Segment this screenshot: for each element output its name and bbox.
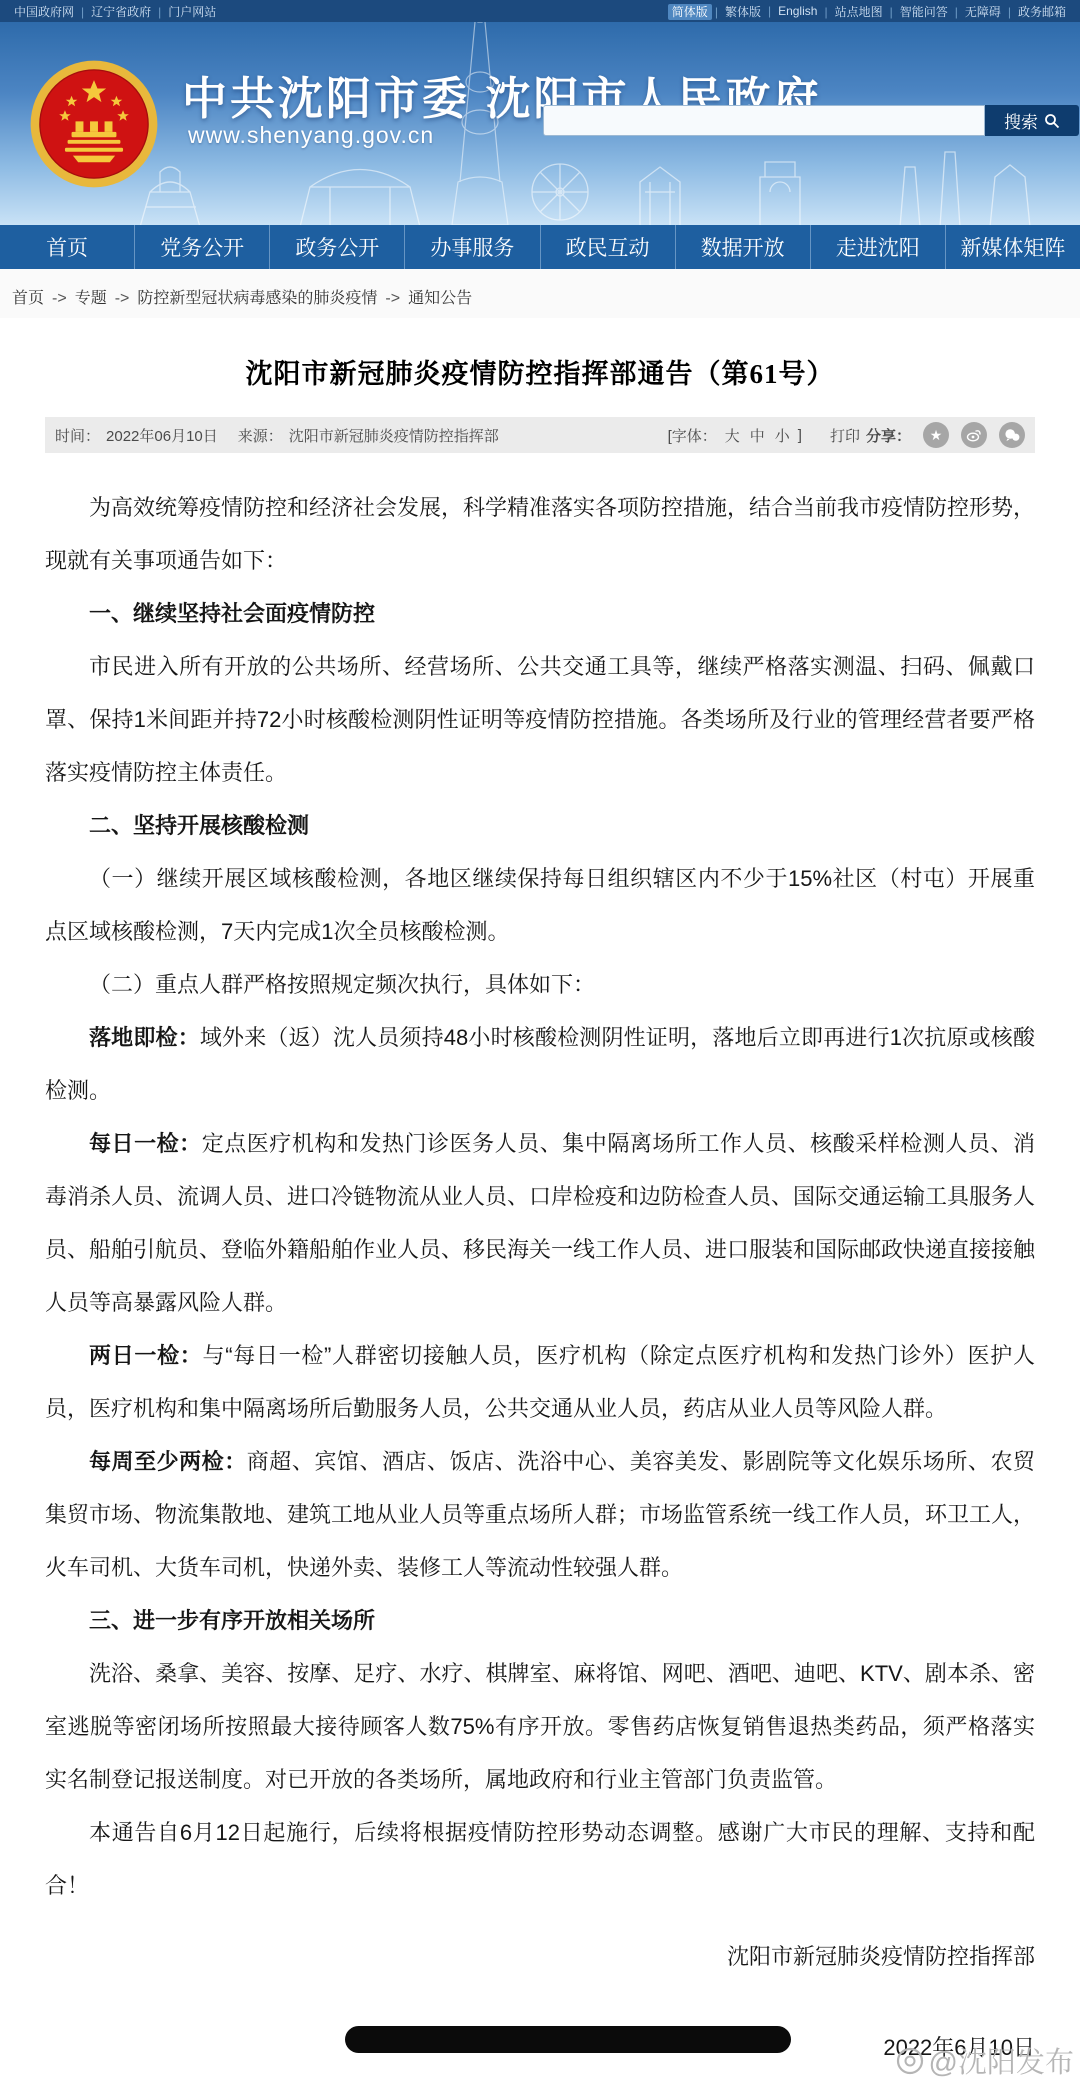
- paragraph-lead: 两日一检：: [89, 1343, 203, 1368]
- time-value: 2022年06月10日: [106, 425, 218, 446]
- topbar-link-政务邮箱[interactable]: 政务邮箱: [1014, 4, 1070, 20]
- share-qzone-star-icon[interactable]: ★: [923, 422, 949, 448]
- article-paragraph: 市民进入所有开放的公共场所、经营场所、公共交通工具等，继续严格落实测温、扫码、佩…: [45, 640, 1035, 799]
- separator: |: [955, 5, 958, 19]
- meta-right: [字体： 大 中 小 ] 打印 分享： ★: [668, 422, 1025, 448]
- topbar-left-item: |门户网站: [155, 3, 220, 20]
- article-body: 为高效统筹疫情防控和经济社会发展，科学精准落实各项防控措施，结合当前我市疫情防控…: [45, 481, 1035, 1912]
- article-paragraph: （一）继续开展区域核酸检测，各地区继续保持每日组织辖区内不少于15%社区（村屯）…: [45, 852, 1035, 958]
- paragraph-lead: 每周至少两检：: [89, 1449, 247, 1474]
- article-paragraph: 为高效统筹疫情防控和经济社会发展，科学精准落实各项防控措施，结合当前我市疫情防控…: [45, 481, 1035, 587]
- share-weibo-icon[interactable]: [961, 422, 987, 448]
- article-paragraph: 落地即检：域外来（返）沈人员须持48小时核酸检测阴性证明，落地后立即再进行1次抗…: [45, 1011, 1035, 1117]
- breadcrumb-link-首页[interactable]: 首页: [12, 290, 44, 307]
- article-paragraph: 每周至少两检：商超、宾馆、酒店、饭店、洗浴中心、美容美发、影剧院等文化娱乐场所、…: [45, 1435, 1035, 1594]
- nav-item-数据开放[interactable]: 数据开放: [676, 225, 811, 269]
- paragraph-lead: 每日一检：: [89, 1131, 202, 1156]
- section-heading: 三、进一步有序开放相关场所: [45, 1594, 1035, 1647]
- font-size-large[interactable]: 大: [725, 425, 740, 446]
- topbar-link-站点地图[interactable]: 站点地图: [831, 4, 887, 20]
- font-size-open: [字体：: [668, 425, 717, 446]
- nav-item-党务公开[interactable]: 党务公开: [135, 225, 270, 269]
- topbar-right-item: |智能问答: [887, 3, 952, 20]
- breadcrumb: 首页专题防控新型冠状病毒感染的肺炎疫情通知公告: [0, 269, 1080, 318]
- breadcrumb-link-专题[interactable]: 专题: [44, 290, 107, 307]
- watermark-logo-icon: [895, 2046, 925, 2076]
- page: 中国政府网|辽宁省政府|门户网站 简体版|繁体版|English|站点地图|智能…: [0, 0, 1080, 2086]
- separator: |: [824, 5, 827, 19]
- separator: |: [158, 5, 161, 19]
- topbar-right-item: |English: [765, 4, 821, 18]
- search-icon: [1044, 113, 1060, 129]
- topbar-link-English[interactable]: English: [774, 3, 821, 19]
- separator: |: [715, 5, 718, 19]
- share-wechat-icon[interactable]: [999, 422, 1025, 448]
- paragraph-lead: 落地即检：: [89, 1025, 200, 1050]
- topbar-right-item: |繁体版: [712, 3, 765, 20]
- site-header: 中共沈阳市委 沈阳市人民政府 www.shenyang.gov.cn 搜索: [0, 22, 1080, 225]
- watermark: @沈阳发布: [895, 2040, 1074, 2081]
- topbar-left-item: 中国政府网: [10, 3, 78, 20]
- search-input[interactable]: [543, 105, 985, 136]
- article-paragraph: 每日一检：定点医疗机构和发热门诊医务人员、集中隔离场所工作人员、核酸采样检测人员…: [45, 1117, 1035, 1329]
- time-label: 时间：: [55, 425, 100, 446]
- article-paragraph: 洗浴、桑拿、美容、按摩、足疗、水疗、棋牌室、麻将馆、网吧、酒吧、迪吧、KTV、剧…: [45, 1647, 1035, 1806]
- topbar-left-item: |辽宁省政府: [78, 3, 155, 20]
- topbar-link-简体版[interactable]: 简体版: [668, 4, 712, 20]
- nav-item-走进沈阳[interactable]: 走进沈阳: [811, 225, 946, 269]
- separator: |: [890, 5, 893, 19]
- top-utility-bar: 中国政府网|辽宁省政府|门户网站 简体版|繁体版|English|站点地图|智能…: [0, 0, 1080, 22]
- meta-left: 时间： 2022年06月10日 来源： 沈阳市新冠肺炎疫情防控指挥部: [55, 425, 499, 446]
- font-size-close: ]: [798, 427, 802, 444]
- watermark-text: @沈阳发布: [929, 2040, 1074, 2081]
- breadcrumb-link-防控新型冠状病毒感染的肺炎疫情[interactable]: 防控新型冠状病毒感染的肺炎疫情: [107, 290, 378, 307]
- search-button-label: 搜索: [1004, 108, 1038, 133]
- topbar-link-智能问答[interactable]: 智能问答: [896, 4, 952, 20]
- print-button[interactable]: 打印: [830, 425, 860, 446]
- breadcrumb-link-通知公告[interactable]: 通知公告: [377, 290, 472, 307]
- search-bar: 搜索: [543, 105, 1079, 136]
- source-value: 沈阳市新冠肺炎疫情防控指挥部: [289, 425, 499, 446]
- redaction-bar: [345, 2026, 791, 2053]
- topbar-right-item: |无障碍: [952, 3, 1005, 20]
- article-meta-bar: 时间： 2022年06月10日 来源： 沈阳市新冠肺炎疫情防控指挥部 [字体： …: [45, 417, 1035, 453]
- city-skyline-art-icon: [0, 147, 1080, 225]
- main-nav: 首页党务公开政务公开办事服务政民互动数据开放走进沈阳新媒体矩阵: [0, 225, 1080, 269]
- nav-item-首页[interactable]: 首页: [0, 225, 135, 269]
- topbar-link-无障碍[interactable]: 无障碍: [961, 4, 1005, 20]
- topbar-right-item: |站点地图: [821, 3, 886, 20]
- separator: |: [81, 5, 84, 19]
- article-paragraph: 本通告自6月12日起施行，后续将根据疫情防控形势动态调整。感谢广大市民的理解、支…: [45, 1806, 1035, 1912]
- search-button[interactable]: 搜索: [985, 105, 1079, 136]
- nav-item-政务公开[interactable]: 政务公开: [270, 225, 405, 269]
- topbar-right-item: 简体版: [668, 3, 712, 20]
- article-signature: 沈阳市新冠肺炎疫情防控指挥部: [45, 1930, 1035, 1983]
- section-heading: 二、坚持开展核酸检测: [45, 799, 1035, 852]
- topbar-link-繁体版[interactable]: 繁体版: [721, 4, 765, 20]
- section-heading: 一、继续坚持社会面疫情防控: [45, 587, 1035, 640]
- font-size-small[interactable]: 小: [775, 425, 790, 446]
- separator: |: [1008, 5, 1011, 19]
- topbar-right-links: 简体版|繁体版|English|站点地图|智能问答|无障碍|政务邮箱: [668, 3, 1070, 20]
- share-label: 分享：: [866, 425, 911, 446]
- article-title: 沈阳市新冠肺炎疫情防控指挥部通告（第61号）: [60, 352, 1020, 391]
- topbar-link-门户网站[interactable]: 门户网站: [164, 4, 220, 20]
- topbar-link-辽宁省政府[interactable]: 辽宁省政府: [87, 4, 155, 20]
- topbar-link-中国政府网[interactable]: 中国政府网: [10, 4, 78, 20]
- national-emblem-icon: [28, 58, 160, 190]
- nav-item-新媒体矩阵[interactable]: 新媒体矩阵: [946, 225, 1080, 269]
- separator: |: [768, 4, 771, 18]
- topbar-left-links: 中国政府网|辽宁省政府|门户网站: [10, 3, 220, 20]
- site-url: www.shenyang.gov.cn: [188, 122, 434, 149]
- font-size-medium[interactable]: 中: [750, 425, 765, 446]
- article-paragraph: （二）重点人群严格按照规定频次执行，具体如下：: [45, 958, 1035, 1011]
- topbar-right-item: |政务邮箱: [1005, 3, 1070, 20]
- nav-item-政民互动[interactable]: 政民互动: [541, 225, 676, 269]
- article-paragraph: 两日一检：与“每日一检”人群密切接触人员，医疗机构（除定点医疗机构和发热门诊外）…: [45, 1329, 1035, 1435]
- source-label: 来源：: [238, 425, 283, 446]
- nav-item-办事服务[interactable]: 办事服务: [405, 225, 540, 269]
